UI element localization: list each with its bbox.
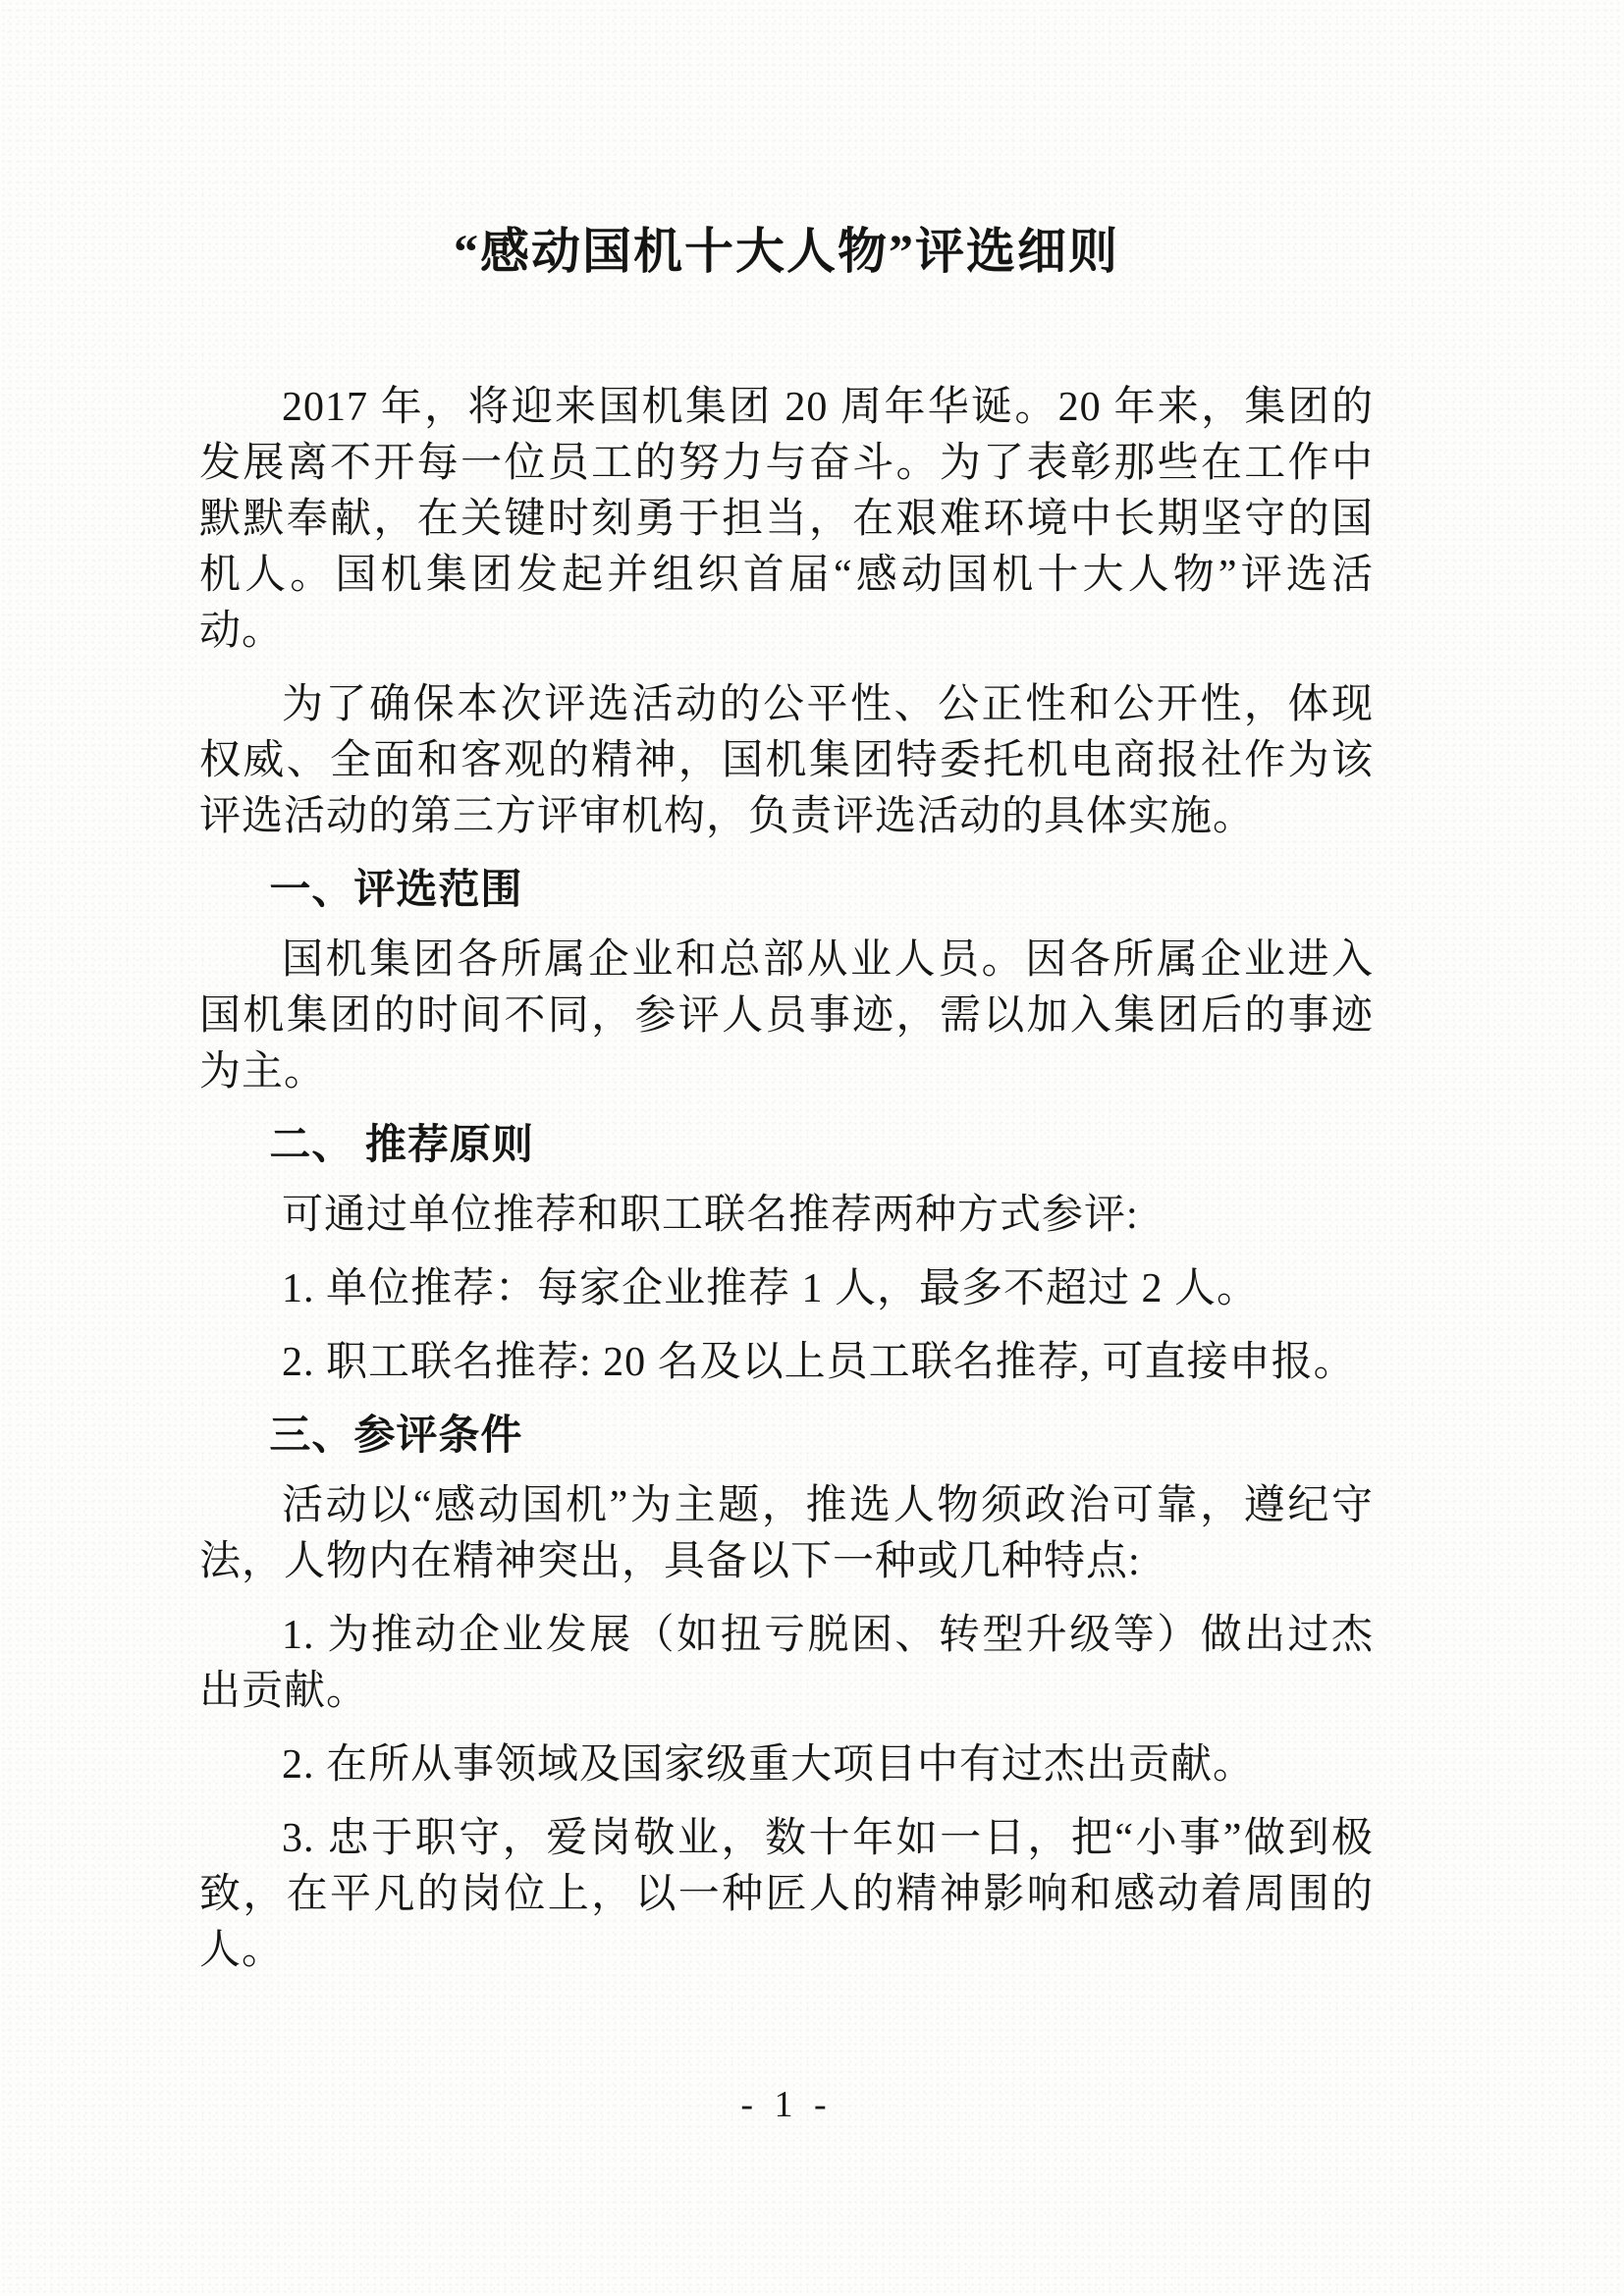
body-paragraph: 2017 年，将迎来国机集团 20 周年华诞。20 年来，集团的发展离不开每一位… [199,380,1374,660]
section-heading: 二、 推荐原则 [199,1118,1374,1174]
body-paragraph: 2. 职工联名推荐: 20 名及以上员工联名推荐, 可直接申报。 [199,1335,1374,1391]
body-paragraph: 1. 单位推荐：每家企业推荐 1 人，最多不超过 2 人。 [199,1261,1374,1317]
body-paragraph: 活动以“感动国机”为主题，推选人物须政治可靠，遵纪守法，人物内在精神突出，具备以… [199,1478,1374,1590]
body-paragraph: 3. 忠于职守，爱岗敬业，数十年如一日，把“小事”做到极致，在平凡的岗位上，以一… [199,1811,1374,1979]
body-paragraph: 1. 为推动企业发展（如扭亏脱困、转型升级等）做出过杰出贡献。 [199,1608,1374,1720]
body-paragraph: 为了确保本次评选活动的公平性、公正性和公开性，体现权威、全面和客观的精神，国机集… [199,677,1374,845]
body-paragraph: 可通过单位推荐和职工联名推荐两种方式参评: [199,1188,1374,1244]
body-paragraph: 2. 在所从事领域及国家级重大项目中有过杰出贡献。 [199,1737,1374,1793]
page-title: “感动国机十大人物”评选细则 [199,221,1374,282]
document-body: 2017 年，将迎来国机集团 20 周年华诞。20 年来，集团的发展离不开每一位… [199,380,1374,1979]
document-content: “感动国机十大人物”评选细则 2017 年，将迎来国机集团 20 周年华诞。20… [199,221,1374,1997]
section-heading: 一、评选范围 [199,863,1374,919]
body-paragraph: 国机集团各所属企业和总部从业人员。因各所属企业进入国机集团的时间不同，参评人员事… [199,933,1374,1100]
scanned-document-page: “感动国机十大人物”评选细则 2017 年，将迎来国机集团 20 周年华诞。20… [0,0,1624,2296]
page-number: - 1 - [199,2083,1374,2126]
section-heading: 三、参评条件 [199,1409,1374,1465]
